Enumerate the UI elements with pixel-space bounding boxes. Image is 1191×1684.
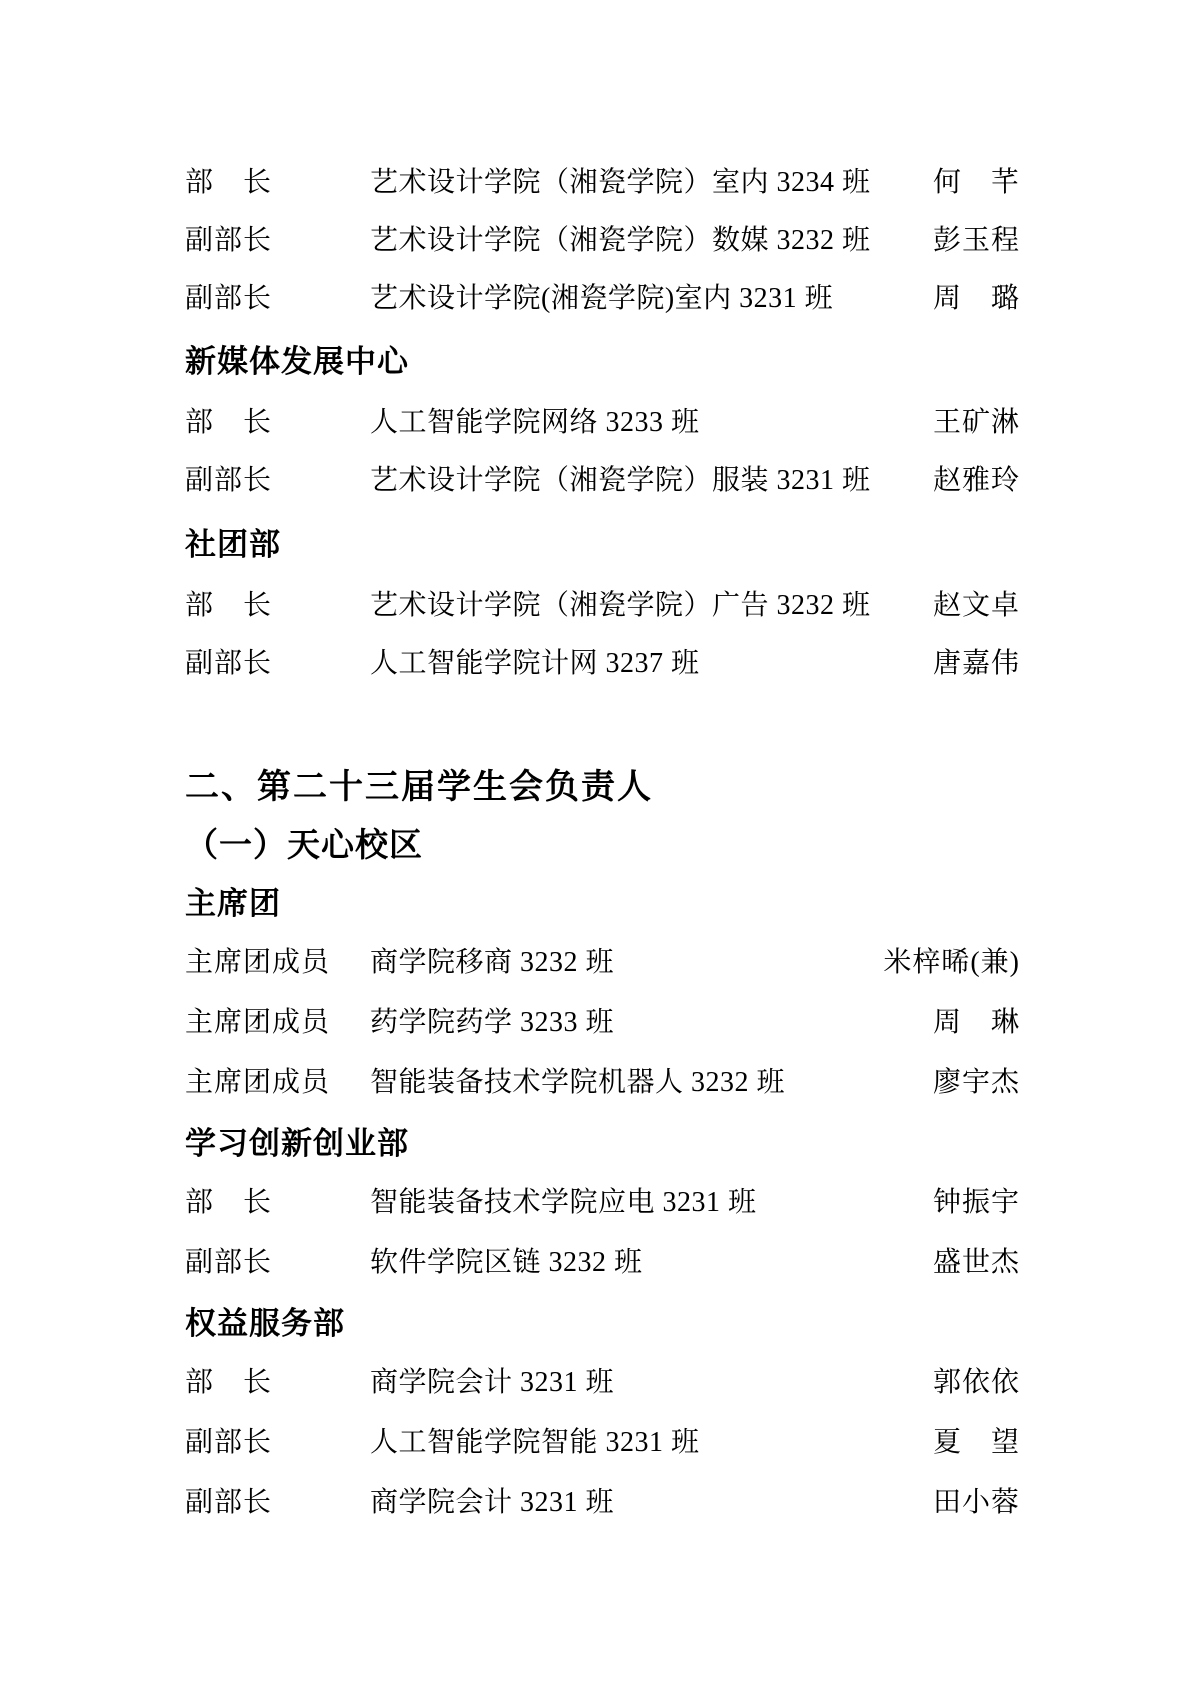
row-unit: 商学院移商 3232 班 (370, 940, 883, 980)
row-role: 部 长 (185, 1360, 370, 1400)
row-person: 廖宇杰 (933, 1060, 1020, 1100)
row-person: 米梓晞(兼) (883, 940, 1020, 980)
row-role: 副部长 (185, 458, 370, 498)
row-unit: 智能装备技术学院机器人 3232 班 (370, 1060, 933, 1100)
section-title: 社团部 (185, 519, 281, 564)
row-unit: 药学院药学 3233 班 (370, 1000, 933, 1040)
row-unit: 艺术设计学院（湘瓷学院）数媒 3232 班 (370, 218, 933, 258)
section-heading-study-innovation: 学习创新创业部 (185, 1111, 1020, 1169)
table-row: 副部长 艺术设计学院（湘瓷学院）数媒 3232 班 彭玉程 (185, 209, 1020, 267)
row-unit: 艺术设计学院(湘瓷学院)室内 3231 班 (370, 276, 933, 316)
row-role: 副部长 (185, 276, 370, 316)
row-role: 副部长 (185, 1480, 370, 1520)
row-unit: 人工智能学院智能 3231 班 (370, 1420, 933, 1460)
table-row: 副部长 人工智能学院智能 3231 班 夏 望 (185, 1411, 1020, 1469)
row-person: 彭玉程 (933, 218, 1020, 258)
row-unit: 艺术设计学院（湘瓷学院）广告 3232 班 (370, 583, 933, 623)
table-row: 部 长 商学院会计 3231 班 郭依依 (185, 1351, 1020, 1409)
section-title: 新媒体发展中心 (185, 336, 409, 381)
table-row: 副部长 艺术设计学院（湘瓷学院）服装 3231 班 赵雅玲 (185, 449, 1020, 507)
table-row: 部 长 智能装备技术学院应电 3231 班 钟振宇 (185, 1171, 1020, 1229)
section-title: 学习创新创业部 (185, 1118, 409, 1163)
row-person: 郭依依 (933, 1360, 1020, 1400)
main-heading-text: 二、第二十三届学生会负责人 (185, 759, 653, 808)
row-person: 何 芊 (933, 160, 1020, 200)
row-unit: 艺术设计学院（湘瓷学院）室内 3234 班 (370, 160, 933, 200)
row-role: 部 长 (185, 400, 370, 440)
sub-heading-campus: （一）天心校区 (185, 813, 1020, 871)
row-unit: 商学院会计 3231 班 (370, 1360, 933, 1400)
row-person: 王矿淋 (933, 400, 1020, 440)
table-row: 副部长 艺术设计学院(湘瓷学院)室内 3231 班 周 璐 (185, 267, 1020, 325)
sub-heading-text: （一）天心校区 (185, 819, 423, 866)
table-row: 副部长 软件学院区链 3232 班 盛世杰 (185, 1231, 1020, 1289)
row-person: 夏 望 (933, 1420, 1020, 1460)
row-person: 田小蓉 (933, 1480, 1020, 1520)
row-role: 主席团成员 (185, 1000, 370, 1040)
section-heading-rights-service: 权益服务部 (185, 1291, 1020, 1349)
row-person: 赵雅玲 (933, 458, 1020, 498)
row-person: 盛世杰 (933, 1240, 1020, 1280)
row-unit: 人工智能学院计网 3237 班 (370, 641, 933, 681)
table-row: 部 长 艺术设计学院（湘瓷学院）广告 3232 班 赵文卓 (185, 574, 1020, 632)
row-person: 周 琳 (933, 1000, 1020, 1040)
row-role: 部 长 (185, 583, 370, 623)
section-heading-new-media-center: 新媒体发展中心 (185, 329, 1020, 387)
table-row: 副部长 商学院会计 3231 班 田小蓉 (185, 1471, 1020, 1529)
row-role: 部 长 (185, 160, 370, 200)
row-unit: 艺术设计学院（湘瓷学院）服装 3231 班 (370, 458, 933, 498)
table-row: 副部长 人工智能学院计网 3237 班 唐嘉伟 (185, 632, 1020, 690)
row-person: 钟振宇 (933, 1180, 1020, 1220)
row-role: 副部长 (185, 1420, 370, 1460)
table-row: 主席团成员 智能装备技术学院机器人 3232 班 廖宇杰 (185, 1051, 1020, 1109)
row-unit: 人工智能学院网络 3233 班 (370, 400, 933, 440)
table-row: 部 长 人工智能学院网络 3233 班 王矿淋 (185, 391, 1020, 449)
row-role: 副部长 (185, 641, 370, 681)
row-unit: 智能装备技术学院应电 3231 班 (370, 1180, 933, 1220)
row-role: 部 长 (185, 1180, 370, 1220)
row-person: 周 璐 (933, 276, 1020, 316)
row-role: 主席团成员 (185, 1060, 370, 1100)
section-title: 权益服务部 (185, 1298, 345, 1343)
row-role: 主席团成员 (185, 940, 370, 980)
document-page: 部 长 艺术设计学院（湘瓷学院）室内 3234 班 何 芊 副部长 艺术设计学院… (0, 0, 1191, 1684)
main-heading: 二、第二十三届学生会负责人 (185, 754, 1020, 812)
row-unit: 软件学院区链 3232 班 (370, 1240, 933, 1280)
row-person: 唐嘉伟 (933, 641, 1020, 681)
section-heading-club-department: 社团部 (185, 512, 1020, 570)
section-heading-presidium: 主席团 (185, 871, 1020, 929)
table-row: 部 长 艺术设计学院（湘瓷学院）室内 3234 班 何 芊 (185, 151, 1020, 209)
row-unit: 商学院会计 3231 班 (370, 1480, 933, 1520)
row-role: 副部长 (185, 218, 370, 258)
table-row: 主席团成员 药学院药学 3233 班 周 琳 (185, 991, 1020, 1049)
row-person: 赵文卓 (933, 583, 1020, 623)
section-title: 主席团 (185, 878, 281, 923)
table-row: 主席团成员 商学院移商 3232 班 米梓晞(兼) (185, 931, 1020, 989)
row-role: 副部长 (185, 1240, 370, 1280)
